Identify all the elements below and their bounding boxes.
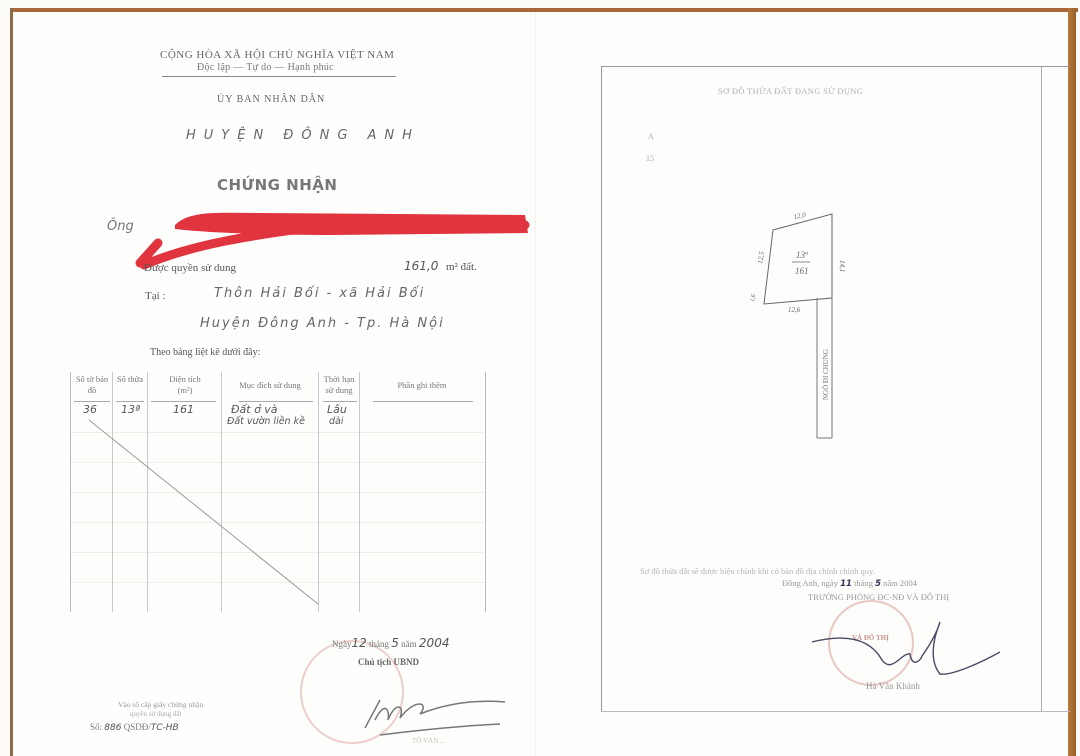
date-month: 5 (391, 636, 399, 650)
registry-label: Vào sổ cấp giấy chứng nhận (118, 700, 203, 709)
date-year: 2004 (419, 636, 450, 650)
diagram-date-month: 5 (875, 579, 881, 589)
registry-number-value: 886 (104, 723, 121, 733)
date-prefix: Ngày (332, 639, 352, 649)
area-value: 161,0 (404, 259, 438, 273)
district-name: HUYỆN ĐÔNG ANH (186, 128, 420, 143)
svg-text:12,6: 12,6 (788, 306, 801, 314)
chairman-name: TÔ VĂN ... (412, 737, 445, 745)
place-label: Đông Anh, ngày (782, 578, 838, 588)
registry-code: TC-HB (151, 723, 179, 733)
svg-text:161: 161 (795, 266, 809, 276)
header-divider (162, 76, 396, 77)
national-motto: Độc lập — Tự do — Hạnh phúc (197, 62, 334, 73)
page-fold (530, 12, 536, 756)
certificate-title: CHỨNG NHẬN (217, 176, 337, 194)
office-signature (812, 612, 1002, 682)
issuing-authority: ỦY BAN NHÂN DÂN (217, 94, 325, 105)
parcel-table: Số tờ bản đồ Số thửa Diện tích (m²) Mục … (70, 372, 486, 612)
svg-text:13ª: 13ª (796, 250, 808, 260)
north-marker: A (648, 132, 654, 141)
signer-title: Chủ tịch UBND (358, 657, 419, 667)
cancel-diagonal (71, 372, 485, 612)
diagram-year-label: năm (883, 578, 898, 588)
plot-diagram-title: SƠ ĐỒ THỬA ĐẤT ĐANG SỬ DỤNG (718, 86, 863, 96)
use-right-label: Được quyền sử dung (144, 262, 236, 274)
diagram-date-year: 2004 (900, 578, 917, 588)
diagram-note: Sơ đồ thửa đất sẽ được hiệu chỉnh khi có… (640, 566, 875, 576)
parcel-sketch: 12,0 12,5 14,1 12,6 1,6 13ª 161 NGÕ ĐI C… (740, 200, 880, 450)
address-line-2: Huyện Đông Anh - Tp. Hà Nội (200, 316, 445, 331)
chairman-signature (360, 680, 510, 740)
registry-prefix: Số: (90, 722, 102, 732)
registry-number: Số: 886 QSDĐ/TC-HB (90, 722, 179, 733)
side-marker: 15 (646, 154, 654, 163)
svg-text:NGÕ ĐI CHUNG: NGÕ ĐI CHUNG (822, 349, 830, 400)
diagram-date: Đông Anh, ngày 11 tháng 5 năm 2004 (782, 578, 917, 589)
diagram-month-label: tháng (854, 578, 873, 588)
address-line-1: Thôn Hải Bối - xã Hải Bối (214, 286, 425, 301)
svg-text:14,1: 14,1 (838, 260, 846, 272)
diagram-date-day: 11 (840, 579, 852, 589)
table-intro: Theo bảng liệt kê dưới đây: (150, 347, 260, 358)
date-month-label: tháng (369, 639, 389, 649)
svg-text:12,5: 12,5 (756, 250, 766, 264)
office-signer-name: Hà Văn Khánh (866, 681, 920, 691)
national-header: CỘNG HÒA XÃ HỘI CHỦ NGHĨA VIỆT NAM (160, 49, 394, 61)
issue-date: Ngày12 tháng 5 năm 2004 (332, 636, 449, 650)
date-day: 12 (352, 636, 367, 650)
svg-text:1,6: 1,6 (750, 294, 757, 302)
date-year-label: năm (401, 639, 417, 649)
registry-suffix: QSDĐ/ (124, 722, 151, 732)
svg-text:12,0: 12,0 (793, 211, 807, 221)
registry-sublabel: quyền sử dụng đất (130, 710, 181, 718)
location-label: Tại : (145, 290, 165, 302)
area-unit: m² đất. (446, 261, 477, 273)
